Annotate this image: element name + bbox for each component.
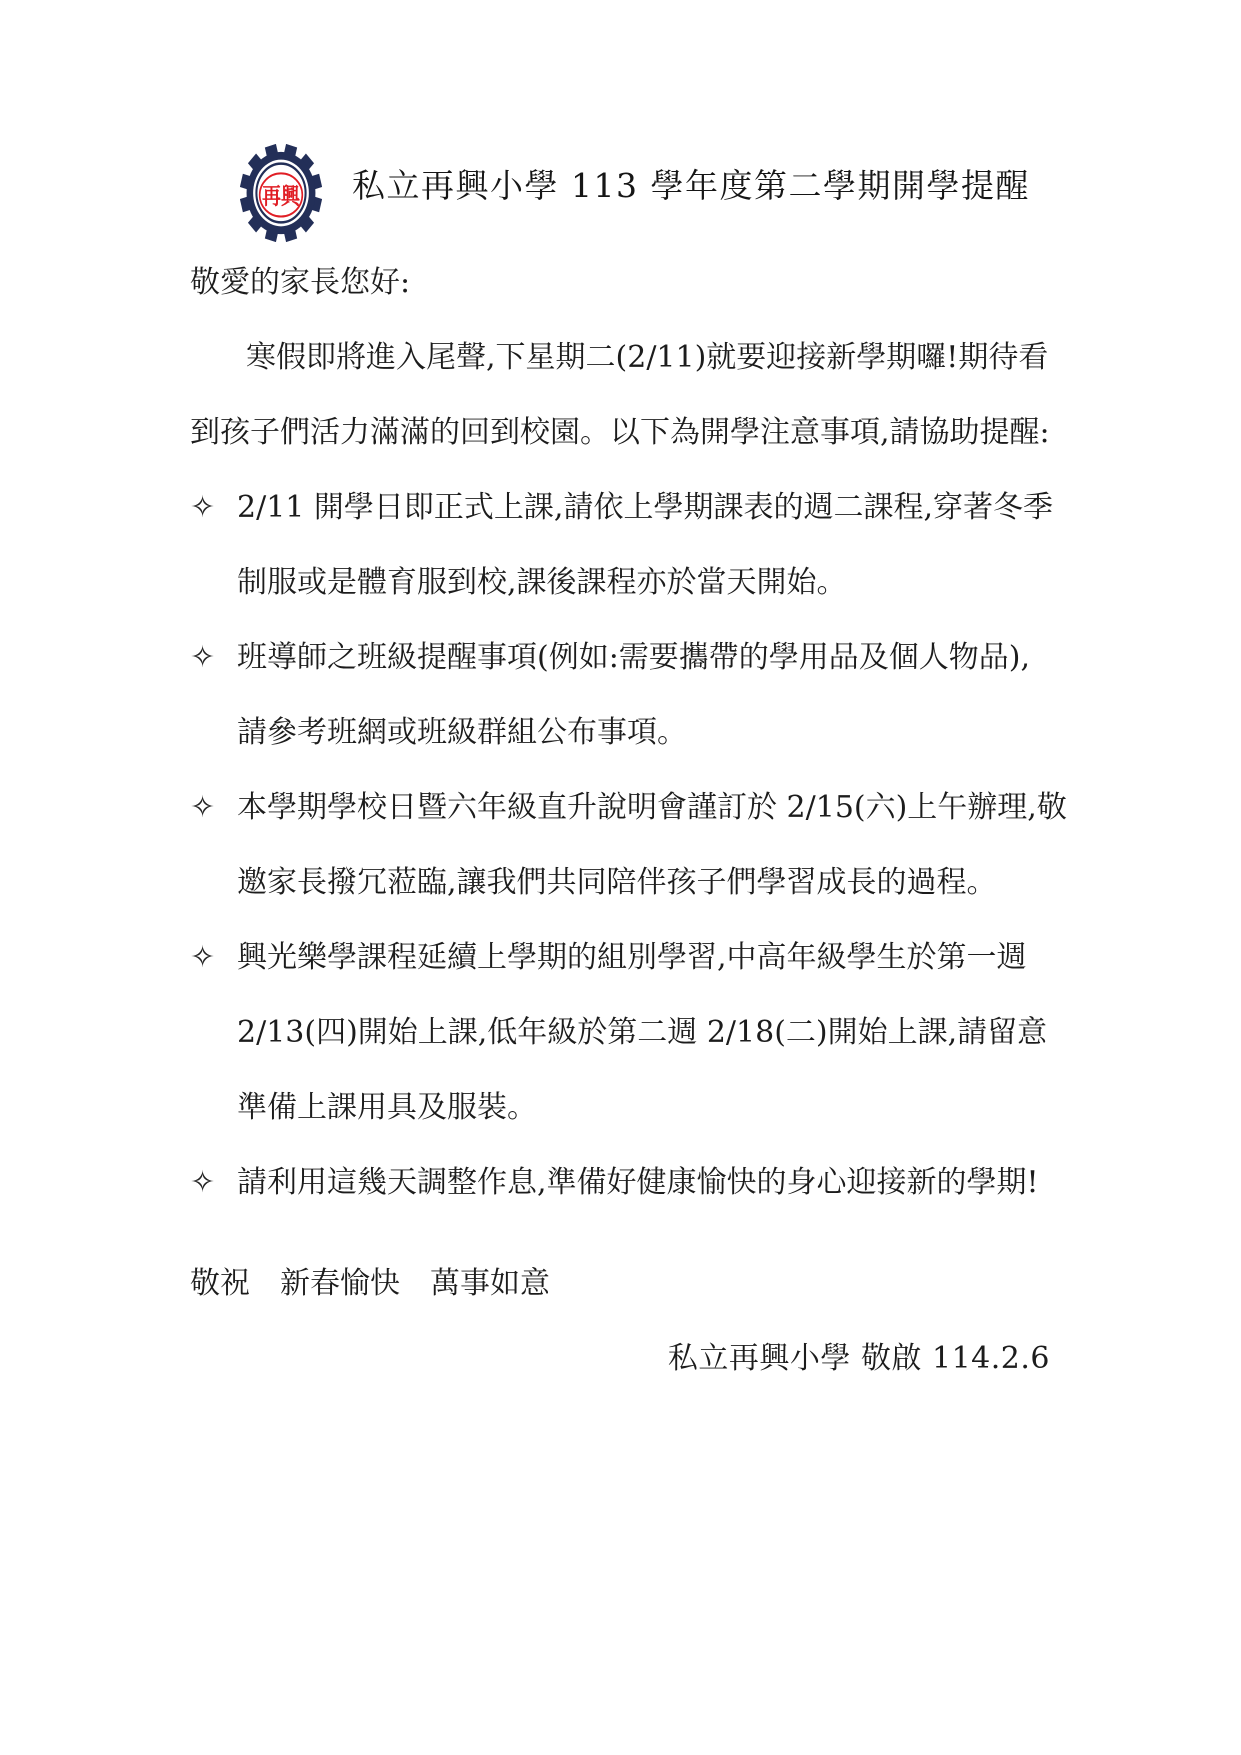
closing-wishes: 敬祝 新春愉快 萬事如意 [190,1246,1050,1321]
bullet-item-club-courses: ✧ 興光樂學課程延續上學期的組別學習,中高年級學生於第一週 2/13(四)開始上… [190,920,1050,1145]
diamond-bullet-icon: ✧ [190,770,215,845]
letter-body: 敬愛的家長您好: 寒假即將進入尾聲,下星期二(2/11)就要迎接新學期囉!期待看… [190,245,1050,1396]
signature-line: 私立再興小學 敬啟 114.2.6 [190,1321,1050,1396]
bullet-line: 2/11 開學日即正式上課,請依上學期課表的週二課程,穿著冬季 [237,470,1050,545]
greeting-line: 敬愛的家長您好: [190,245,1050,320]
bullet-line: 準備上課用具及服裝。 [237,1070,1050,1145]
bullet-line: 興光樂學課程延續上學期的組別學習,中高年級學生於第一週 [237,920,1050,995]
bullet-line: 班導師之班級提醒事項(例如:需要攜帶的學用品及個人物品), [237,620,1050,695]
bullet-line: 邀家長撥冗蒞臨,讓我們共同陪伴孩子們學習成長的過程。 [237,845,1050,920]
bullet-item-opening-day: ✧ 2/11 開學日即正式上課,請依上學期課表的週二課程,穿著冬季 制服或是體育… [190,470,1050,620]
diamond-bullet-icon: ✧ [190,920,215,995]
bullet-line: 請參考班網或班級群組公布事項。 [237,695,1050,770]
bullet-line: 2/13(四)開始上課,低年級於第二週 2/18(二)開始上課,請留意 [237,995,1050,1070]
school-logo: 再興 [240,144,322,242]
diamond-bullet-icon: ✧ [190,470,215,545]
intro-line: 寒假即將進入尾聲,下星期二(2/11)就要迎接新學期囉!期待看 [190,320,1050,395]
bullet-line: 本學期學校日暨六年級直升說明會謹訂於 2/15(六)上午辦理,敬 [237,770,1050,845]
bullet-item-homeroom-reminders: ✧ 班導師之班級提醒事項(例如:需要攜帶的學用品及個人物品), 請參考班網或班級… [190,620,1050,770]
diamond-bullet-icon: ✧ [190,620,215,695]
intro-paragraph: 寒假即將進入尾聲,下星期二(2/11)就要迎接新學期囉!期待看 到孩子們活力滿滿… [190,320,1050,470]
bullet-line: 制服或是體育服到校,課後課程亦於當天開始。 [237,545,1050,620]
intro-line: 到孩子們活力滿滿的回到校園。以下為開學注意事項,請協助提醒: [190,395,1050,470]
svg-text:再興: 再興 [262,182,301,209]
bullet-item-school-day-meeting: ✧ 本學期學校日暨六年級直升說明會謹訂於 2/15(六)上午辦理,敬 邀家長撥冗… [190,770,1050,920]
bullet-item-adjust-routine: ✧ 請利用這幾天調整作息,準備好健康愉快的身心迎接新的學期! [190,1145,1050,1220]
gear-logo-icon: 再興 [240,144,322,242]
page-title: 私立再興小學 113 學年度第二學期開學提醒 [352,160,1030,207]
diamond-bullet-icon: ✧ [190,1145,215,1220]
letter-page: 再興 私立再興小學 113 學年度第二學期開學提醒 敬愛的家長您好: 寒假即將進… [0,0,1241,1755]
bullet-line: 請利用這幾天調整作息,準備好健康愉快的身心迎接新的學期! [237,1145,1050,1220]
